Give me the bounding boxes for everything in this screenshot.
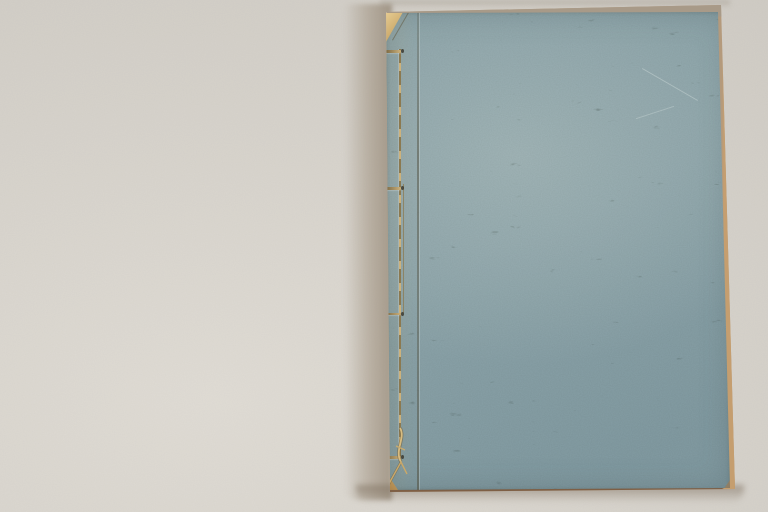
binding-thread-vertical: [399, 49, 401, 460]
binding-stitch: [386, 50, 401, 53]
surface-scratch: [636, 106, 674, 119]
cast-shadow-left: [344, 4, 392, 500]
binding-stitch: [386, 187, 401, 190]
surface-scratch: [642, 68, 698, 101]
front-cover: [386, 12, 730, 490]
spine-crease: [417, 12, 419, 490]
photograph: [0, 0, 768, 512]
book: [384, 4, 736, 492]
binding-thread-second-strand: [403, 184, 404, 313]
binding-knot: [386, 426, 420, 488]
cast-shadow-right: [733, 30, 755, 500]
paper-texture: [386, 12, 730, 490]
